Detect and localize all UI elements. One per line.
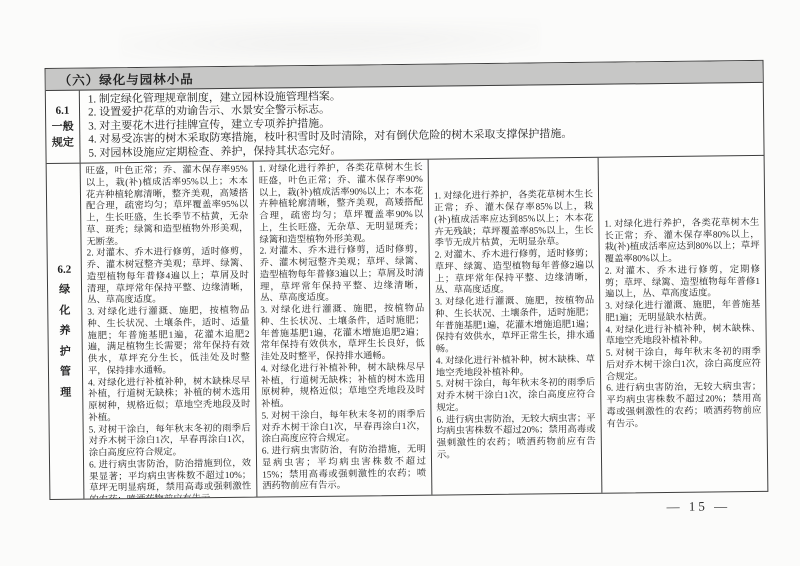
grade-column-1: 1. 对绿化进行养护，各类花草树木生长旺盛，叶色正常；乔、灌木保存率95%以上，… bbox=[81, 162, 258, 499]
standard-item: 4. 对绿化进行补植补种，树木缺株、草地空秃地段补植补种。 bbox=[605, 323, 760, 348]
standard-item: 6. 进行病虫害防治，无较大病虫害；平均病虫害株数不超过20%；禁用高毒或强刺激… bbox=[437, 413, 597, 462]
standard-item: 3. 对绿化进行灌溉、施肥，年普施基肥1遍；无明显缺水枯黄。 bbox=[605, 300, 760, 325]
row-label-line: 养 bbox=[59, 321, 70, 342]
row-label-line: 6.1 bbox=[56, 103, 70, 119]
standard-item: 5. 对树干涂白，每年秋末冬初的雨季后对乔木树干涂白1次，早春再涂白1次，涂白高… bbox=[89, 423, 251, 460]
row-label-line: 化 bbox=[59, 300, 70, 321]
standard-item: 4. 对绿化进行补植补种，树木缺株、草地空秃地段补植补种。 bbox=[436, 355, 595, 380]
row-label-line: 管 bbox=[60, 362, 71, 383]
standard-item: 2. 对灌木、乔木进行修剪，适时修剪，乔、灌木树冠整齐美观；草坪、绿篱、造型植物… bbox=[87, 247, 250, 308]
general-rules-cell: 1. 制定绿化管理规章制度，建立园林设施管理档案。 2. 设置爱护花草的劝谕告示… bbox=[80, 83, 764, 163]
greening-standards-table: （六）绿化与园林小品 6.1 一般 规定 1. 制定绿化管理规章制度，建立园林设… bbox=[45, 60, 769, 500]
grade-column-2: 1. 对绿化进行养护，各类花草树木生长旺盛，叶色正常；乔、灌木保存率90%以上，… bbox=[254, 160, 433, 497]
standard-item: 1. 对绿化进行养护，各类花草树木生长旺盛，叶色正常；乔、灌木保存率90%以上，… bbox=[259, 163, 424, 247]
standard-item: 6. 进行病虫害防治，无较大病虫害；平均病虫害株数不超过20%；禁用高毒或强刺激… bbox=[606, 382, 762, 431]
row-label-line: 6.2 bbox=[57, 259, 71, 280]
row-general-rules: 6.1 一般 规定 1. 制定绿化管理规章制度，建立园林设施管理档案。 2. 设… bbox=[46, 83, 764, 164]
section-title: （六）绿化与园林小品 bbox=[59, 69, 194, 89]
standard-item: 2. 对灌木、乔木进行修剪，定期修剪；草坪、绿篱、造型植物每年普修1遍以上，丛、… bbox=[605, 265, 760, 302]
standard-item: 1. 对绿化进行养护，各类花草树木生长正常；乔、灌木保存率85%以上，栽(补)植… bbox=[434, 190, 594, 251]
row-maintenance-management: 6.2 绿 化 养 护 管 理 1. 对绿化进行养护，各类花草树木生长旺盛，叶色… bbox=[47, 156, 768, 499]
grade-column-3: 1. 对绿化进行养护，各类花草树木生长正常；乔、灌木保存率85%以上，栽(补)植… bbox=[429, 158, 603, 495]
standard-item: 5. 对树干涂白，每年秋末冬初的雨季后对乔木树干涂白1次，涂白高度应符合规定。 bbox=[606, 347, 761, 384]
row-label-line: 理 bbox=[60, 382, 71, 403]
row-label-line: 绿 bbox=[59, 280, 70, 301]
row-label-6-2: 6.2 绿 化 养 护 管 理 bbox=[47, 164, 85, 499]
page-number: — 15 — bbox=[666, 498, 730, 515]
standard-item: 4. 对绿化进行补植补种，树木缺株尽早补植，行道树无缺株；补植的树木选用原树种，… bbox=[88, 376, 251, 425]
standard-item: 1. 对绿化进行养护，各类花草树木生长旺盛，叶色正常；乔、灌木保存率95%以上，… bbox=[86, 162, 249, 249]
grade-column-4: 1. 对绿化进行养护，各类花草树木生长正常；乔、灌木保存率80%以上，栽(补)植… bbox=[599, 156, 768, 493]
standard-item: 5. 对树干涂白，每年秋末冬初的雨季后对乔木树干涂白1次，涂白高度应符合规定。 bbox=[436, 378, 595, 415]
standard-item: 4. 对绿化进行补植补种，树木缺株尽早补植，行道树无缺株；补植的树木选用原树种，… bbox=[261, 362, 426, 411]
standard-item: 3. 对绿化进行灌溉、施肥，按植物品种、生长状况、土壤条件，适时施肥；年普施基肥… bbox=[435, 296, 595, 357]
standard-item: 2. 对灌木、乔木进行修剪，适时修剪，乔、灌木树冠整齐美观；草坪、绿篱、造型植物… bbox=[260, 245, 425, 306]
standard-item: 1. 对绿化进行养护，各类花草树木生长正常；乔、灌木保存率80%以上，栽(补)植… bbox=[604, 218, 760, 267]
standard-item: 2. 对灌木、乔木进行修剪，适时修剪；草坪、绿篱、造型植物每年普修2遍以上；草坪… bbox=[435, 249, 595, 298]
standard-item: 6. 进行病虫害防治，有防治措施，无明显病虫害；平均病虫害株数不超过15%；禁用… bbox=[262, 445, 427, 494]
row-label-line: 规定 bbox=[52, 135, 74, 151]
row-label-line: 一般 bbox=[52, 119, 74, 135]
standard-item: 3. 对绿化进行灌溉、施肥，按植物品种、生长状况、土壤条件，适时施肥；年普施基肥… bbox=[260, 304, 425, 365]
scanned-page: （六）绿化与园林小品 6.1 一般 规定 1. 制定绿化管理规章制度，建立园林设… bbox=[0, 0, 800, 566]
standard-item: 6. 进行病虫害防治，防治措施到位，效果显著；平均病虫害株数不超过10%；草坪无… bbox=[89, 458, 252, 498]
row-label-line: 护 bbox=[60, 341, 71, 362]
standard-item: 3. 对绿化进行灌溉、施肥，按植物品种、生长状况、土壤条件，适时、适量施肥；年普… bbox=[87, 306, 250, 378]
row-label-6-1: 6.1 一般 规定 bbox=[46, 91, 81, 163]
standard-item: 5. 对树干涂白，每年秋末冬初的雨季后对乔木树干涂白1次，早春再涂白1次，涂白高… bbox=[261, 409, 425, 446]
